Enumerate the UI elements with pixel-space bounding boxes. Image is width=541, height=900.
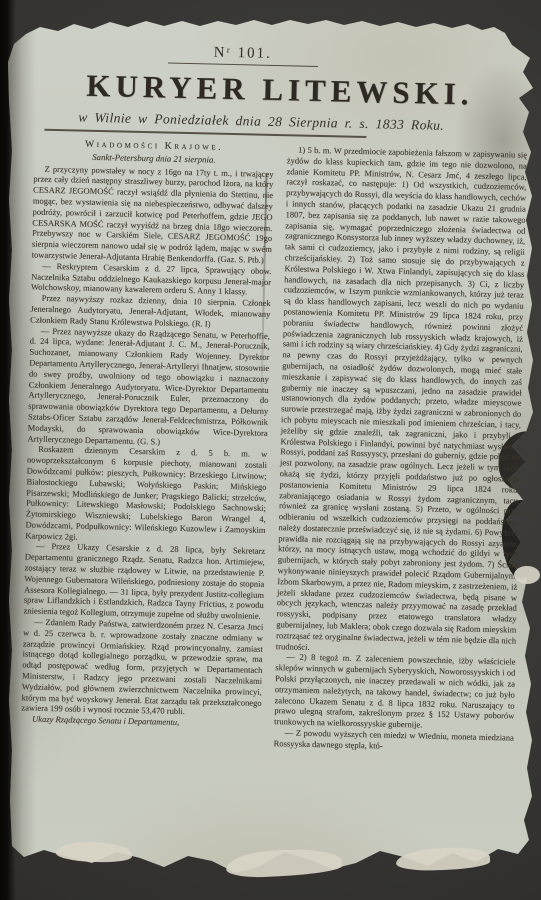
article-columns: Wiadomości Krajowe. Sankt-Petersburg dni… xyxy=(17,138,528,754)
right-torn-flap xyxy=(514,566,540,584)
article-paragraph: Przez naywyższy rozkaz dzienny, dnia 10 … xyxy=(30,293,271,331)
article-paragraph: — Przez naywyższe ukazy do Rządzącego Se… xyxy=(27,325,270,449)
article-paragraph: Z przyczyny powstałey w nocy z 16go na 1… xyxy=(32,163,274,266)
article-paragraph: — Reskryptem Cesarskim z d. 27 lipca, Sp… xyxy=(31,260,272,298)
newspaper-scan: Nʳ 101. KURYER LITEWSKI. w Wilnie w Poni… xyxy=(0,0,541,900)
article-paragraph: — Przez Ukazy Cesarskie z d. 28 lipca, b… xyxy=(23,541,265,622)
newspaper-title: KURYER LITEWSKI. xyxy=(31,66,529,113)
masthead: Nʳ 101. KURYER LITEWSKI. w Wilnie w Poni… xyxy=(30,40,529,141)
article-paragraph: 1) 5 b. m. W przedmiocie zapobieżenia fa… xyxy=(276,144,527,657)
article-paragraph: — Z powodu wyższych cen miedzi w Wiedniu… xyxy=(273,727,513,754)
article-paragraph: Roskazem dziennym Cesarskim z d. 5 b. m.… xyxy=(25,444,267,547)
article-paragraph: — 2) 8 tegoż m. Z zaleceniem powszechnie… xyxy=(274,652,516,733)
article-paragraph: — Zdaniem Rady Państwa, zatwierdzoném pr… xyxy=(21,616,263,719)
right-column: 1) 5 b. m. W przedmiocie zapobieżenia fa… xyxy=(273,144,527,754)
page-content: Nʳ 101. KURYER LITEWSKI. w Wilnie w Poni… xyxy=(14,40,530,877)
left-column: Wiadomości Krajowe. Sankt-Petersburg dni… xyxy=(21,139,275,749)
